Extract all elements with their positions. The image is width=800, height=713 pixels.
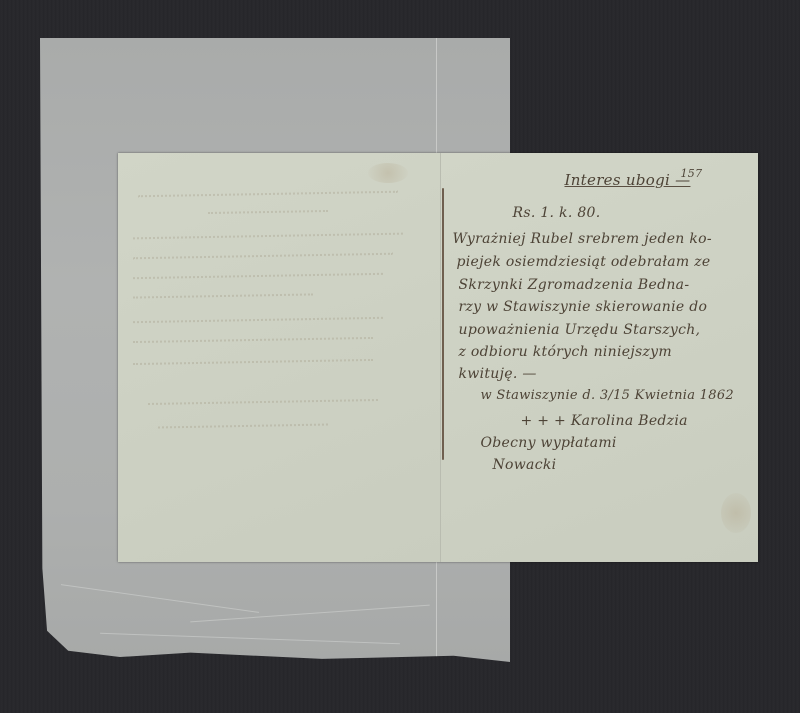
- bleed-through-line: [133, 233, 403, 241]
- witness-signature: Nowacki: [493, 457, 557, 473]
- bleed-through-line: [133, 253, 393, 261]
- body-line-3: Skrzynki Zgromadzenia Bedna-: [459, 277, 690, 293]
- bleed-through-line: [208, 210, 328, 215]
- body-line-4: rzy w Stawiszynie skierowanie do: [459, 299, 708, 315]
- folio-number: 157: [681, 167, 703, 180]
- paper-stain: [721, 493, 751, 533]
- signature-line: + + + Karolina Bedzia: [521, 413, 688, 429]
- wrinkle: [61, 584, 259, 613]
- bleed-through-line: [148, 399, 378, 406]
- bleed-through-line: [133, 337, 373, 344]
- letter-title: Interes ubogi —: [565, 171, 691, 189]
- witness-label: Obecny wypłatami: [481, 435, 617, 451]
- bleed-through-line: [138, 191, 398, 199]
- body-line-5: upoważnienia Urzędu Starszych,: [459, 322, 701, 338]
- binding-thread: [442, 188, 444, 460]
- wrinkle: [100, 633, 400, 644]
- paper-stain: [368, 163, 408, 183]
- body-line-2: piejek osiemdziesiąt odebrałam ze: [457, 254, 711, 270]
- date-line: w Stawiszynie d. 3/15 Kwietnia 1862: [481, 388, 734, 403]
- bleed-through-line: [133, 293, 313, 299]
- amount-line: Rs. 1. k. 80.: [513, 205, 601, 221]
- front-folded-letter: Interes ubogi — 157 Rs. 1. k. 80. Wyrażn…: [118, 153, 758, 562]
- right-page: Interes ubogi — 157 Rs. 1. k. 80. Wyrażn…: [440, 153, 759, 562]
- bleed-through-line: [133, 359, 373, 366]
- bleed-through-line: [133, 317, 383, 324]
- bleed-through-line: [158, 424, 328, 430]
- left-page: [118, 153, 440, 562]
- body-line-1: Wyrażniej Rubel srebrem jeden ko-: [453, 231, 712, 247]
- bleed-through-line: [133, 273, 383, 280]
- body-line-6: z odbioru których niniejszym: [459, 344, 672, 360]
- body-line-7: kwituję. —: [459, 366, 537, 382]
